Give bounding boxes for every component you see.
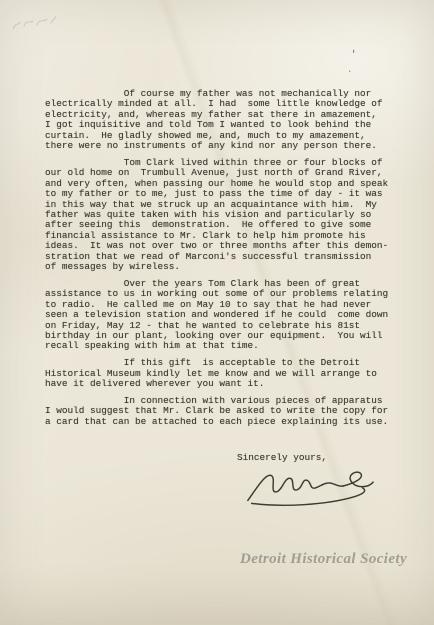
signature bbox=[243, 464, 378, 508]
letter-body: Of course my father was not mechanically… bbox=[45, 89, 397, 464]
watermark: Detroit Historical Society bbox=[240, 551, 407, 568]
closing-salutation: Sincerely yours, bbox=[237, 453, 397, 463]
pencil-scribble bbox=[10, 13, 66, 35]
letter-page: ' . Of course my father was not mechanic… bbox=[0, 0, 434, 625]
letter-paragraph-1: Of course my father was not mechanically… bbox=[45, 89, 397, 151]
letter-paragraph-5: In connection with various pieces of app… bbox=[45, 396, 397, 427]
letter-paragraph-3: Over the years Tom Clark has been of gre… bbox=[45, 279, 397, 352]
stray-typed-mark: ' bbox=[349, 50, 356, 62]
stray-typed-mark: . bbox=[347, 65, 352, 75]
letter-paragraph-2: Tom Clark lived within three or four blo… bbox=[45, 158, 397, 272]
letter-paragraph-4: If this gift is acceptable to the Detroi… bbox=[45, 358, 397, 389]
